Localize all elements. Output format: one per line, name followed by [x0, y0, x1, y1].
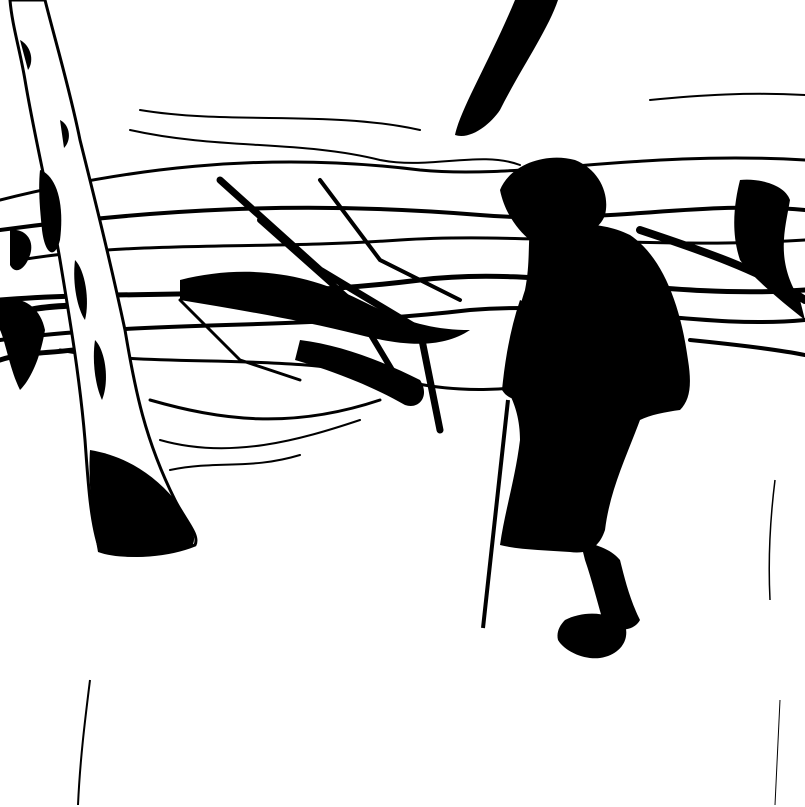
photo-scene [0, 0, 805, 807]
snow-scene-illustration [0, 0, 805, 807]
